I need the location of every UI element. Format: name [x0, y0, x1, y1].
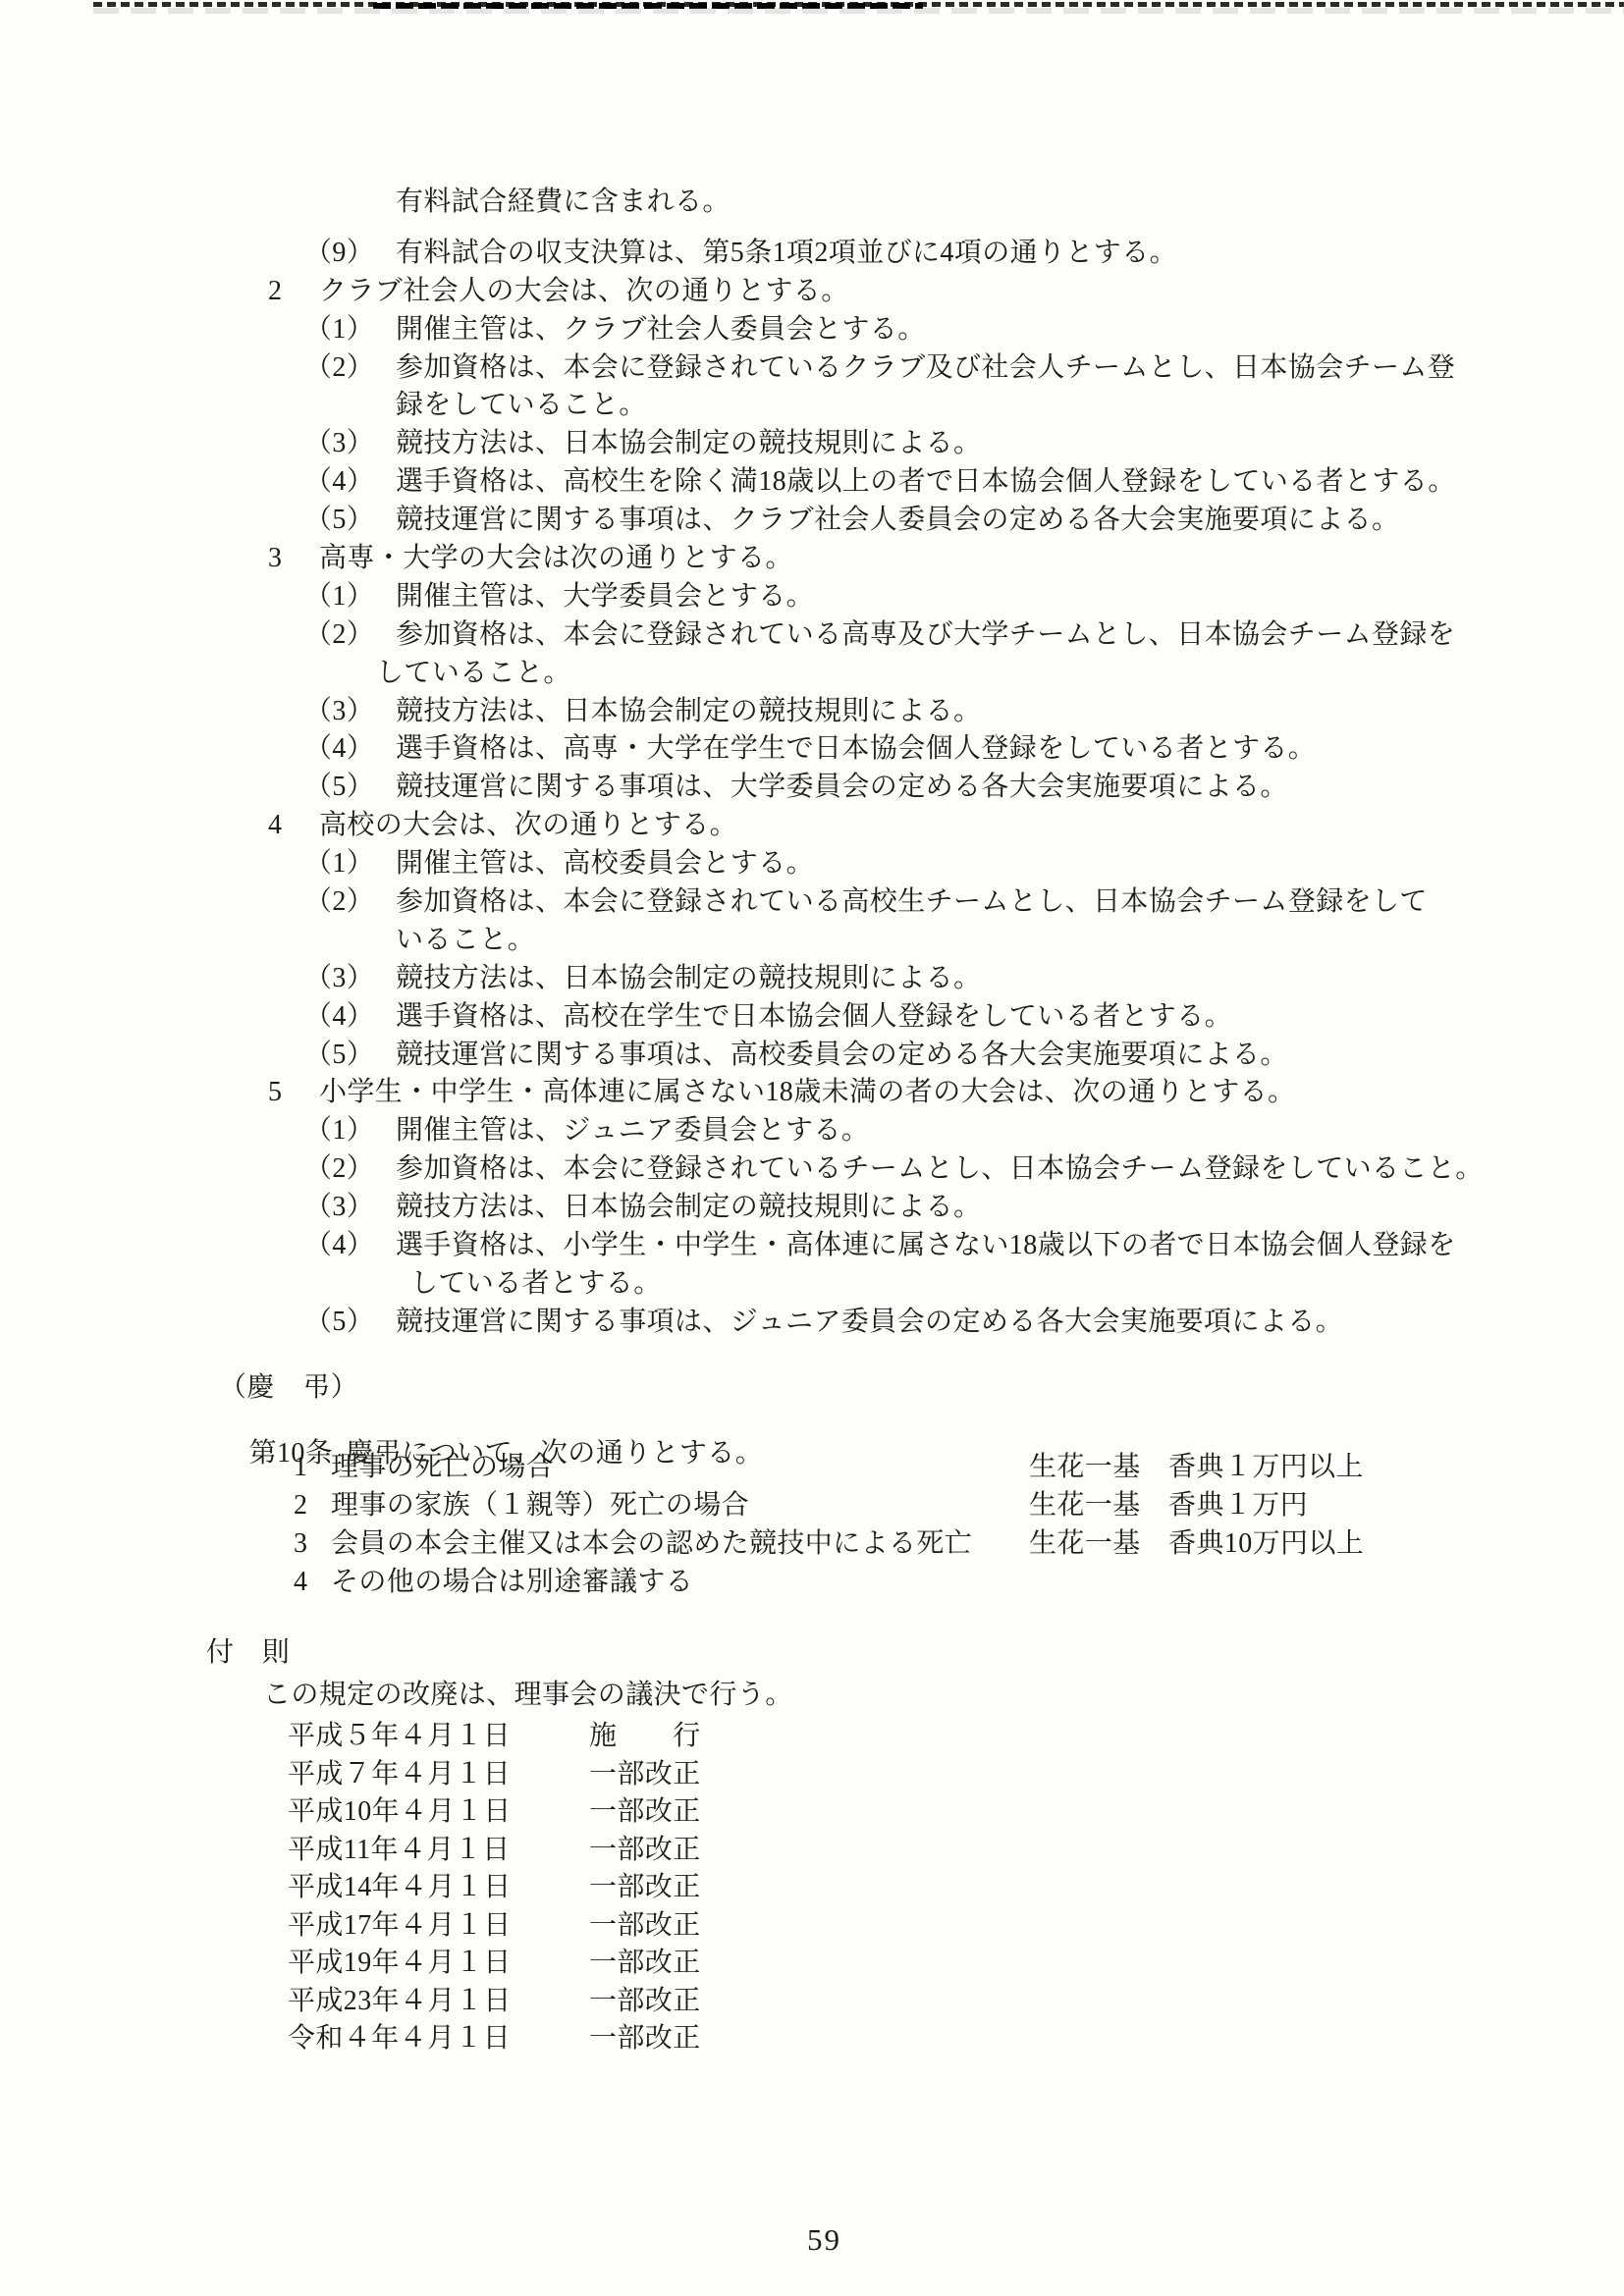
clause-text: 高校の大会は、次の通りとする。: [319, 812, 737, 839]
regulation-line: （2）参加資格は、本会に登録されている高専及び大学チームとし、日本協会チーム登録…: [0, 616, 1624, 655]
revision-date: 平成23年４月１日: [288, 1988, 512, 2015]
clause-text: 小学生・中学生・高体連に属さない18歳未満の者の大会は、次の通りとする。: [319, 1079, 1295, 1106]
revision-date: 平成14年４月１日: [288, 1874, 512, 1901]
keicho-item-list: 1理事の死亡の場合生花一基 香典１万円以上2理事の家族（１親等）死亡の場合生花一…: [0, 1449, 1624, 1602]
clause-text: 競技方法は、日本協会制定の競技規則による。: [396, 698, 981, 725]
revision-status: 一部改正: [589, 1837, 701, 1864]
regulation-line: 録をしていること。: [0, 387, 1624, 425]
clause-text: いること。: [396, 927, 535, 954]
revision-date: 平成10年４月１日: [288, 1798, 512, 1826]
clause-number: （1）: [304, 850, 374, 878]
clause-number: （5）: [304, 1308, 374, 1336]
regulation-line: （1）開催主管は、ジュニア委員会とする。: [0, 1112, 1624, 1150]
clause-text: 競技方法は、日本協会制定の競技規則による。: [396, 965, 981, 992]
clause-number: 3: [268, 545, 282, 572]
clause-text: していること。: [376, 660, 571, 687]
clause-text: している者とする。: [410, 1270, 662, 1298]
clause-text: 開催主管は、クラブ社会人委員会とする。: [396, 316, 926, 344]
clause-number: （1）: [304, 1117, 374, 1145]
fusoku-revision-row: 令和４年４月１日一部改正: [0, 2020, 1624, 2058]
fusoku-revision-list: 平成５年４月１日施 行平成７年４月１日一部改正平成10年４月１日一部改正平成11…: [0, 1718, 1624, 2058]
regulation-line: （3）競技方法は、日本協会制定の競技規則による。: [0, 960, 1624, 998]
clause-text: 競技運営に関する事項は、高校委員会の定める各大会実施要項による。: [396, 1041, 1288, 1069]
clause-text: 録をしていること。: [396, 392, 647, 419]
page-number: 59: [807, 2222, 841, 2258]
clause-text: 開催主管は、大学委員会とする。: [396, 583, 814, 611]
clause-number: （1）: [304, 583, 374, 611]
revision-date: 平成５年４月１日: [288, 1723, 511, 1750]
clause-number: （5）: [304, 1041, 374, 1069]
regulation-line: （2）参加資格は、本会に登録されているクラブ及び社会人チームとし、日本協会チーム…: [0, 349, 1624, 388]
fusoku-revision-row: 平成19年４月１日一部改正: [0, 1945, 1624, 1983]
clause-number: （2）: [304, 621, 374, 649]
clause-number: （2）: [304, 888, 374, 916]
regulation-line: （4）選手資格は、小学生・中学生・高体連に属さない18歳以下の者で日本協会個人登…: [0, 1227, 1624, 1265]
regulation-line: 2クラブ社会人の大会は、次の通りとする。: [0, 273, 1624, 311]
regulation-line: （5）競技運営に関する事項は、ジュニア委員会の定める各大会実施要項による。: [0, 1304, 1624, 1342]
clause-text: 高専・大学の大会は次の通りとする。: [319, 545, 793, 572]
keicho-item-number: 4: [294, 1569, 307, 1596]
regulation-line: （3）競技方法は、日本協会制定の競技規則による。: [0, 425, 1624, 463]
clause-text: 有料試合経費に含まれる。: [396, 188, 731, 216]
regulation-line: していること。: [0, 655, 1624, 693]
clause-number: （3）: [304, 1194, 374, 1221]
scan-artifact-dashed-line-dense: [373, 3, 923, 9]
keicho-item-number: 1: [294, 1454, 307, 1481]
revision-status: 一部改正: [589, 1988, 701, 2015]
document-page: 有料試合経費に含まれる。（9）有料試合の収支決算は、第5条1項2項並びに4項の通…: [0, 0, 1624, 2296]
clause-number: （4）: [304, 1232, 374, 1259]
fusoku-revision-row: 平成５年４月１日施 行: [0, 1718, 1624, 1756]
clause-number: （2）: [304, 354, 374, 382]
fusoku-revision-row: 平成17年４月１日一部改正: [0, 1907, 1624, 1946]
fusoku-revision-row: 平成14年４月１日一部改正: [0, 1869, 1624, 1907]
clause-number: 5: [268, 1079, 282, 1106]
revision-status: 一部改正: [589, 1949, 701, 1977]
regulation-line: （3）競技方法は、日本協会制定の競技規則による。: [0, 693, 1624, 731]
clause-number: （5）: [304, 507, 374, 534]
fusoku-intro-text: この規定の改廃は、理事会の議決で行う。: [263, 1682, 793, 1709]
revision-date: 平成19年４月１日: [288, 1949, 512, 1977]
revision-date: 令和４年４月１日: [288, 2025, 511, 2053]
keicho-item-text: 理事の家族（１親等）死亡の場合: [331, 1492, 749, 1520]
fusoku-revision-row: 平成７年４月１日一部改正: [0, 1756, 1624, 1794]
keicho-item-text: その他の場合は別途審議する: [331, 1569, 693, 1596]
keicho-item-text: 理事の死亡の場合: [331, 1454, 554, 1481]
clause-number: （3）: [304, 430, 374, 457]
regulation-line: （1）開催主管は、大学委員会とする。: [0, 578, 1624, 616]
regulation-line: いること。: [0, 922, 1624, 960]
revision-status: 一部改正: [589, 1798, 701, 1826]
regulation-line: （3）競技方法は、日本協会制定の競技規則による。: [0, 1189, 1624, 1227]
revision-status: 一部改正: [589, 2025, 701, 2053]
regulation-line: 5小学生・中学生・高体連に属さない18歳未満の者の大会は、次の通りとする。: [0, 1074, 1624, 1112]
fusoku-label: 付 則: [206, 1639, 290, 1667]
fusoku-revision-row: 平成11年４月１日一部改正: [0, 1832, 1624, 1870]
keicho-item-text: 会員の本会主催又は本会の認めた競技中による死亡: [331, 1530, 972, 1558]
keicho-item-number: 2: [294, 1492, 307, 1520]
clause-number: （4）: [304, 1003, 374, 1031]
clause-number: 4: [268, 812, 282, 839]
revision-date: 平成11年４月１日: [288, 1837, 511, 1864]
fusoku-revision-row: 平成10年４月１日一部改正: [0, 1793, 1624, 1832]
keicho-item-row: 3会員の本会主催又は本会の認めた競技中による死亡生花一基 香典10万円以上: [0, 1525, 1624, 1564]
clause-number: （9）: [304, 240, 374, 267]
revision-date: 平成７年４月１日: [288, 1761, 511, 1789]
regulation-line: （4）選手資格は、高校生を除く満18歳以上の者で日本協会個人登録をしている者とす…: [0, 463, 1624, 502]
clause-text: 選手資格は、高校生を除く満18歳以上の者で日本協会個人登録をしている者とする。: [396, 468, 1456, 496]
keicho-item-number: 3: [294, 1530, 307, 1558]
clause-number: （3）: [304, 698, 374, 725]
clause-text: 参加資格は、本会に登録されている高専及び大学チームとし、日本協会チーム登録を: [396, 621, 1455, 649]
regulation-line: （4）選手資格は、高専・大学在学生で日本協会個人登録をしている者とする。: [0, 730, 1624, 769]
clause-number: 2: [268, 278, 282, 305]
clause-text: 開催主管は、ジュニア委員会とする。: [396, 1117, 869, 1145]
clause-text: 選手資格は、高校在学生で日本協会個人登録をしている者とする。: [396, 1003, 1232, 1031]
clause-text: 参加資格は、本会に登録されているチームとし、日本協会チーム登録をしていること。: [396, 1155, 1484, 1183]
clause-text: 開催主管は、高校委員会とする。: [396, 850, 814, 878]
regulation-line: （5）競技運営に関する事項は、大学委員会の定める各大会実施要項による。: [0, 769, 1624, 807]
clause-text: 競技方法は、日本協会制定の競技規則による。: [396, 1194, 981, 1221]
regulation-line: している者とする。: [0, 1265, 1624, 1304]
keicho-item-row: 4その他の場合は別途審議する: [0, 1564, 1624, 1602]
clause-text: 参加資格は、本会に登録されているクラブ及び社会人チームとし、日本協会チーム登: [396, 354, 1455, 382]
regulation-line: （2）参加資格は、本会に登録されているチームとし、日本協会チーム登録をしているこ…: [0, 1150, 1624, 1189]
revision-status: 施 行: [589, 1723, 701, 1750]
regulation-line: （5）競技運営に関する事項は、クラブ社会人委員会の定める各大会実施要項による。: [0, 502, 1624, 540]
scan-artifact-dashed-line: [93, 2, 1624, 7]
clause-text: 選手資格は、高専・大学在学生で日本協会個人登録をしている者とする。: [396, 735, 1316, 763]
clause-number: （5）: [304, 774, 374, 801]
keicho-item-row: 1理事の死亡の場合生花一基 香典１万円以上: [0, 1449, 1624, 1487]
keicho-item-row: 2理事の家族（１親等）死亡の場合生花一基 香典１万円: [0, 1487, 1624, 1525]
clause-number: （4）: [304, 735, 374, 763]
clause-text: 参加資格は、本会に登録されている高校生チームとし、日本協会チーム登録をして: [396, 888, 1428, 916]
clause-text: クラブ社会人の大会は、次の通りとする。: [319, 278, 849, 305]
regulation-line: （1）開催主管は、高校委員会とする。: [0, 845, 1624, 883]
regulation-body: 有料試合経費に含まれる。（9）有料試合の収支決算は、第5条1項2項並びに4項の通…: [0, 184, 1624, 1342]
clause-text: 競技運営に関する事項は、ジュニア委員会の定める各大会実施要項による。: [396, 1308, 1343, 1336]
clause-number: （1）: [304, 316, 374, 344]
fusoku-revision-row: 平成23年４月１日一部改正: [0, 1983, 1624, 2021]
regulation-line: （9）有料試合の収支決算は、第5条1項2項並びに4項の通りとする。: [0, 235, 1624, 273]
revision-status: 一部改正: [589, 1874, 701, 1901]
regulation-line: （1）開催主管は、クラブ社会人委員会とする。: [0, 311, 1624, 349]
clause-text: 有料試合の収支決算は、第5条1項2項並びに4項の通りとする。: [396, 240, 1177, 267]
regulation-line: 4高校の大会は、次の通りとする。: [0, 807, 1624, 845]
regulation-line: （4）選手資格は、高校在学生で日本協会個人登録をしている者とする。: [0, 998, 1624, 1037]
keicho-item-value: 生花一基 香典１万円: [1029, 1492, 1308, 1520]
regulation-line: （2）参加資格は、本会に登録されている高校生チームとし、日本協会チーム登録をして: [0, 883, 1624, 922]
regulation-line: 3高専・大学の大会は次の通りとする。: [0, 540, 1624, 578]
clause-text: 競技運営に関する事項は、クラブ社会人委員会の定める各大会実施要項による。: [396, 507, 1399, 534]
clause-text: 競技方法は、日本協会制定の競技規則による。: [396, 430, 981, 457]
clause-text: 競技運営に関する事項は、大学委員会の定める各大会実施要項による。: [396, 774, 1288, 801]
scan-artifact-noise-band: [93, 8, 1624, 14]
revision-status: 一部改正: [589, 1912, 701, 1940]
clause-number: （2）: [304, 1155, 374, 1183]
keicho-item-value: 生花一基 香典10万円以上: [1029, 1530, 1364, 1558]
regulation-line: 有料試合経費に含まれる。: [0, 184, 1624, 222]
keicho-section-label: （慶 弔）: [219, 1374, 358, 1402]
clause-text: 選手資格は、小学生・中学生・高体連に属さない18歳以下の者で日本協会個人登録を: [396, 1232, 1456, 1259]
revision-status: 一部改正: [589, 1761, 701, 1789]
keicho-item-value: 生花一基 香典１万円以上: [1029, 1454, 1364, 1481]
clause-number: （3）: [304, 965, 374, 992]
regulation-line: （5）競技運営に関する事項は、高校委員会の定める各大会実施要項による。: [0, 1037, 1624, 1075]
revision-date: 平成17年４月１日: [288, 1912, 512, 1940]
clause-number: （4）: [304, 468, 374, 496]
